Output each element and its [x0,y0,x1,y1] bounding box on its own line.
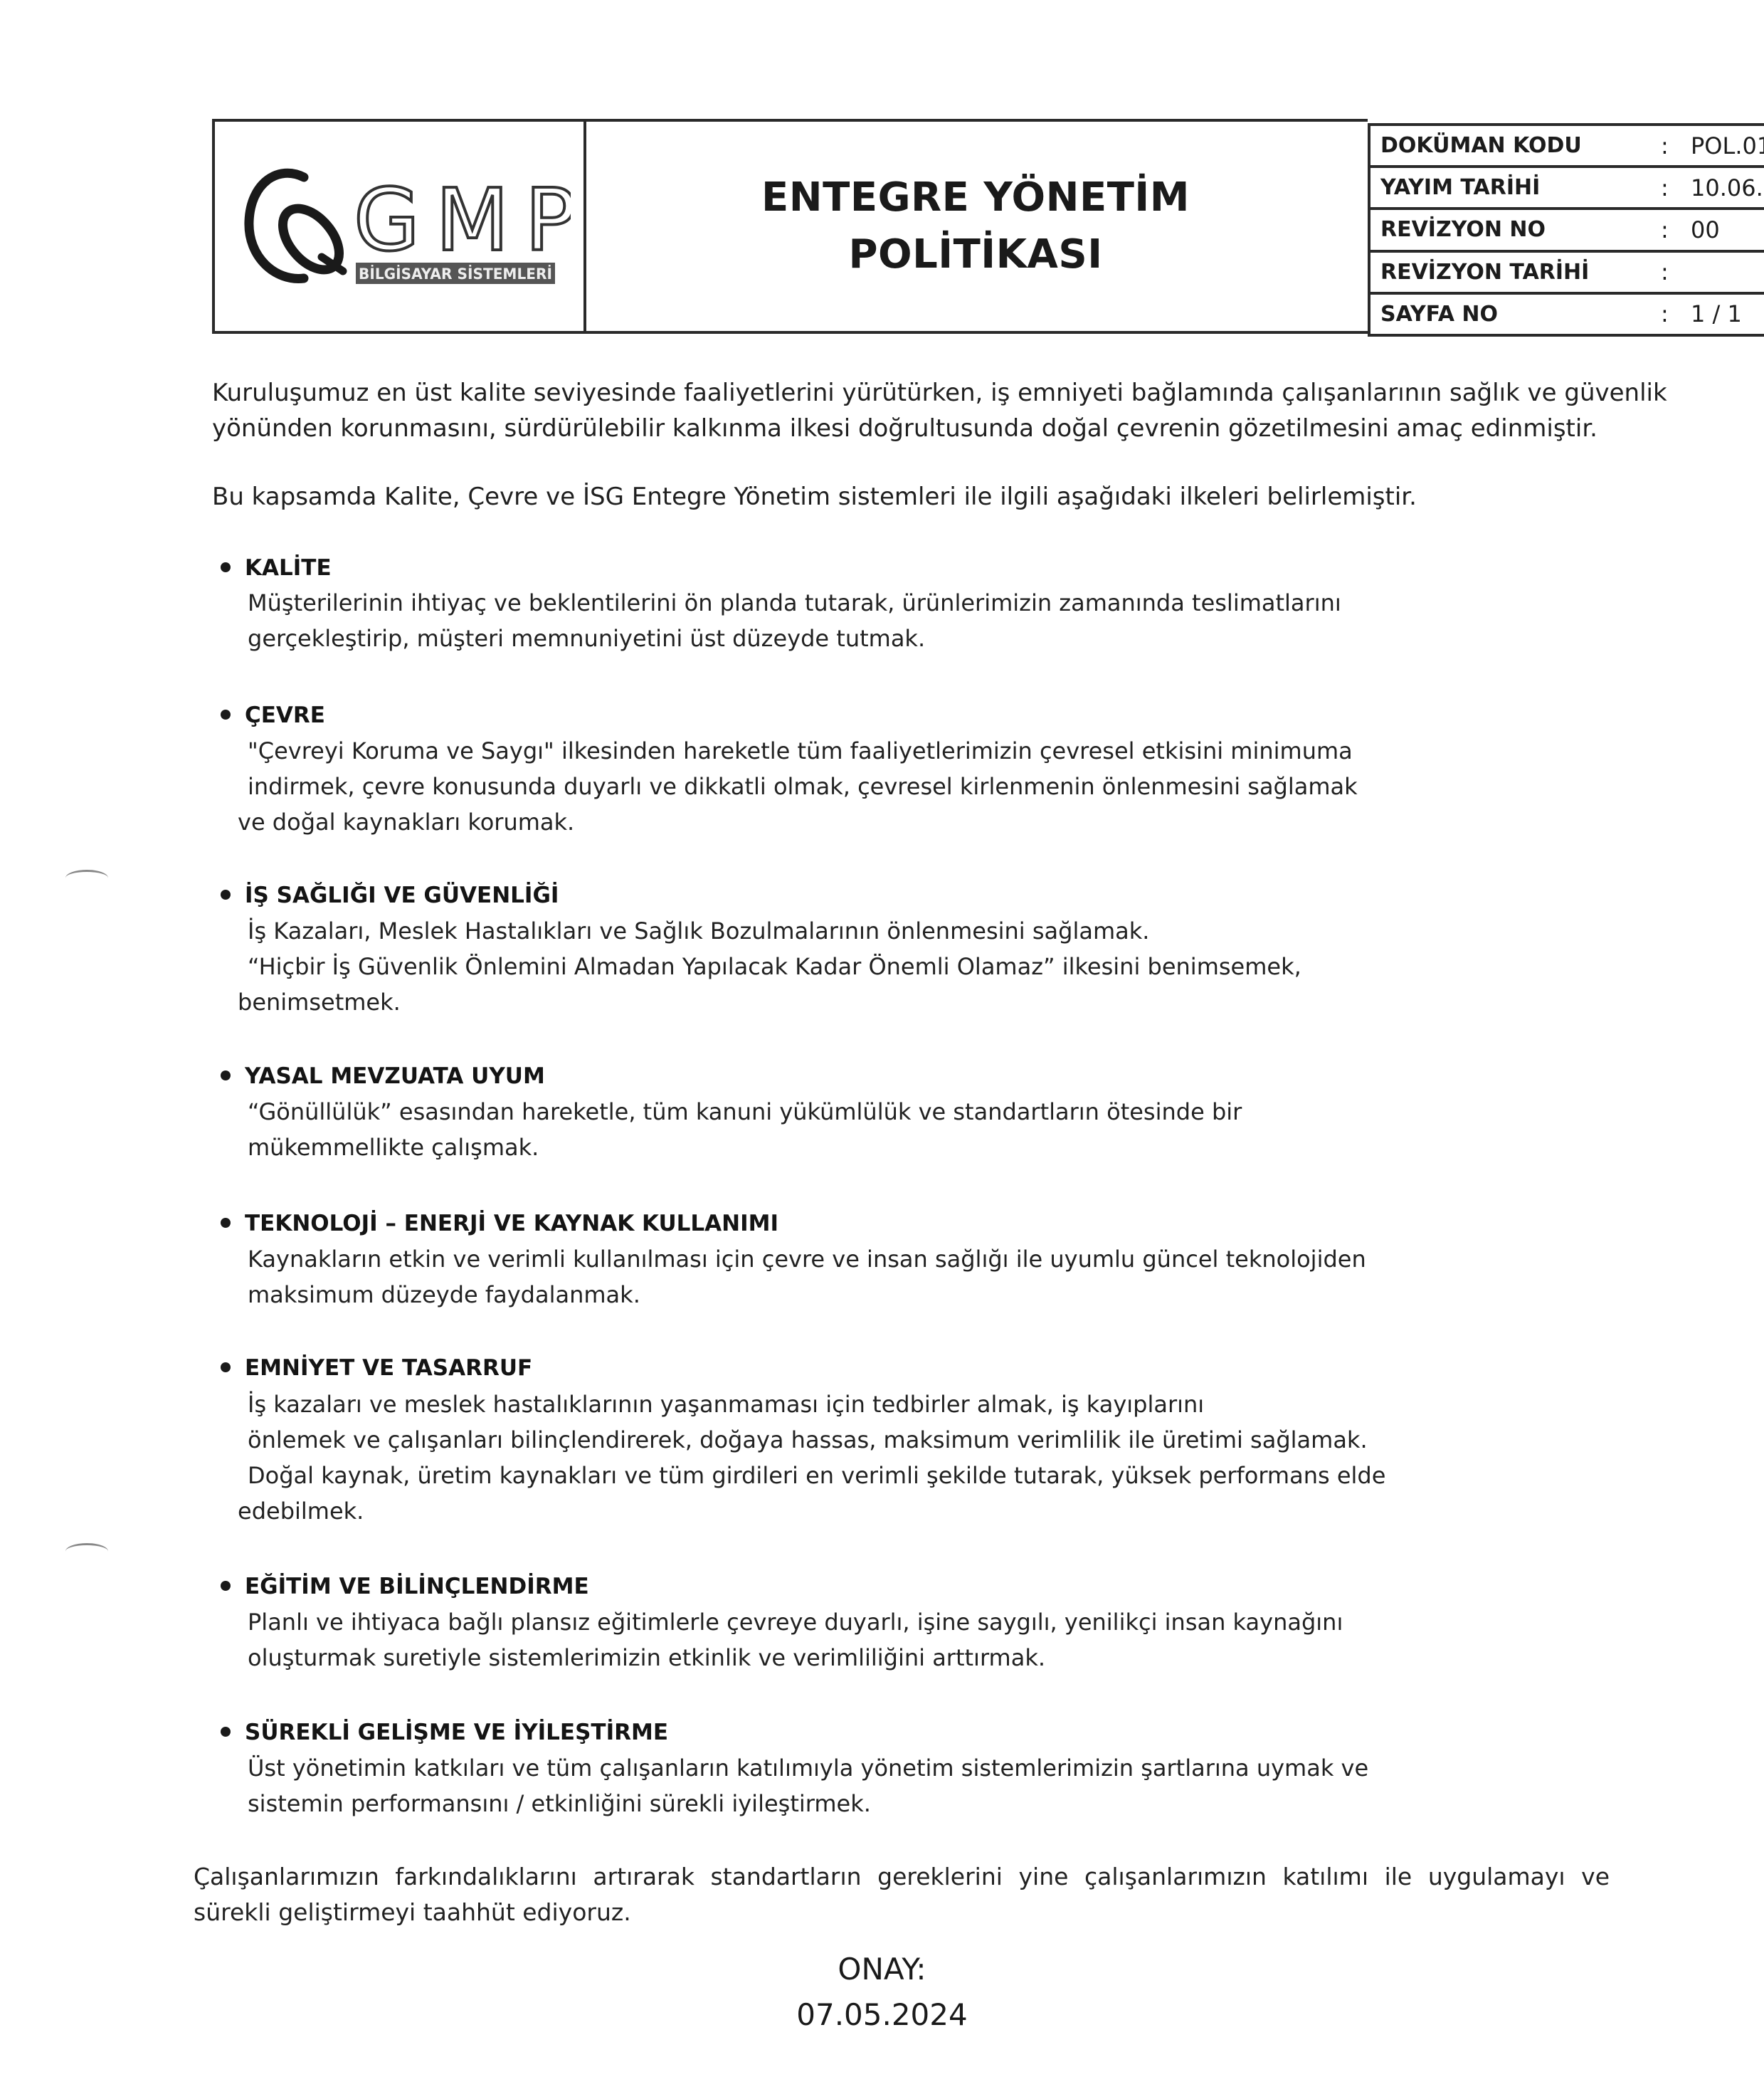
bullet-icon [221,1362,231,1372]
title-line-2: POLİTİKASI [761,226,1190,283]
document-header: GMP BİLGİSAYAR SİSTEMLERİ ENTEGRE YÖNETİ… [212,119,1590,334]
bullet-icon [221,1218,231,1228]
bullet-icon [221,890,231,900]
bullet-icon [221,1727,231,1737]
closing-statement: Çalışanlarımızın farkındalıklarını artır… [194,1859,1610,1930]
meta-separator: : [1661,174,1691,201]
section-body-egitim: Planlı ve ihtiyaca bağlı plansız eğitiml… [248,1604,1343,1675]
meta-value: 00 [1691,216,1720,243]
meta-row: REVİZYON TARİHİ : [1369,251,1764,293]
section-body-teknoloji: Kaynakların etkin ve verimli kullanılmas… [248,1241,1366,1312]
intro-line-1: Kuruluşumuz en üst kalite seviyesinde fa… [212,376,1667,410]
title-line-1: ENTEGRE YÖNETİM [761,169,1190,226]
gmp-logo-icon: GMP BİLGİSAYAR SİSTEMLERİ [236,157,571,300]
section-body-isg: İş Kazaları, Meslek Hastalıkları ve Sağl… [248,913,1301,1020]
meta-row: REVİZYON NO :00 [1369,209,1764,251]
section-body-cevre: "Çevreyi Koruma ve Saygı" ilkesinden har… [248,733,1358,840]
bullet-icon [221,710,231,720]
closing-line-1: Çalışanlarımızın farkındalıklarını artır… [194,1859,1610,1895]
approval-date: 07.05.2024 [0,1997,1764,2032]
section-title-cevre: ÇEVRE [221,700,325,731]
meta-label: REVİZYON TARİHİ [1369,251,1651,293]
section-title-yasal-mevzuat: YASAL MEVZUATA UYUM [221,1061,545,1092]
section-title-egitim: EĞİTİM VE BİLİNÇLENDİRME [221,1571,589,1602]
document-page: GMP BİLGİSAYAR SİSTEMLERİ ENTEGRE YÖNETİ… [0,0,1764,2099]
meta-label: DOKÜMAN KODU [1369,125,1651,167]
logo-cell: GMP BİLGİSAYAR SİSTEMLERİ [212,119,586,334]
intro-line-2: yönünden korunmasını, sürdürülebilir kal… [212,411,1597,446]
section-body-yasal-mevzuat: “Gönüllülük” esasından hareketle, tüm ka… [248,1094,1242,1165]
bullet-icon [221,1070,231,1080]
meta-row: SAYFA NO :1 / 1 [1369,293,1764,335]
meta-label: REVİZYON NO [1369,209,1651,251]
closing-line-2: sürekli geliştirmeyi taahhüt ediyoruz. [194,1895,1610,1930]
section-title-teknoloji: TEKNOLOJİ – ENERJİ VE KAYNAK KULLANIMI [221,1208,778,1239]
logo-letters: GMP [354,172,571,270]
meta-separator: : [1661,258,1691,285]
meta-value: POL.01 [1691,132,1764,159]
meta-label: SAYFA NO [1369,293,1651,335]
section-title-kalite: KALİTE [221,552,332,584]
approval-label: ONAY: [0,1952,1764,1987]
logo-subtitle: BİLGİSAYAR SİSTEMLERİ [359,265,552,283]
bullet-icon [221,1581,231,1591]
section-body-surekli-gelisme: Üst yönetimin katkıları ve tüm çalışanla… [248,1750,1368,1821]
intro-line-3: Bu kapsamda Kalite, Çevre ve İSG Entegre… [212,480,1417,514]
document-meta-table: DOKÜMAN KODU :POL.01 YAYIM TARİHİ :10.06… [1368,123,1764,337]
meta-separator: : [1661,216,1691,243]
meta-separator: : [1661,132,1691,159]
section-body-emniyet: İş kazaları ve meslek hastalıklarının ya… [248,1387,1385,1529]
meta-label: YAYIM TARİHİ [1369,167,1651,209]
meta-separator: : [1661,300,1691,327]
scan-mark [65,870,108,886]
document-title: ENTEGRE YÖNETİM POLİTİKASI [761,169,1190,283]
meta-row: DOKÜMAN KODU :POL.01 [1369,125,1764,167]
section-title-isg: İŞ SAĞLIĞI VE GÜVENLİĞİ [221,880,559,911]
section-title-surekli-gelisme: SÜREKLİ GELİŞME VE İYİLEŞTİRME [221,1717,668,1748]
section-title-emniyet: EMNİYET VE TASARRUF [221,1352,532,1384]
bullet-icon [221,562,231,572]
meta-value: 10.06.2023 [1691,174,1764,201]
meta-row: YAYIM TARİHİ :10.06.2023 [1369,167,1764,209]
document-title-cell: ENTEGRE YÖNETİM POLİTİKASI [583,119,1368,334]
meta-value: 1 / 1 [1691,300,1742,327]
section-body-kalite: Müşterilerinin ihtiyaç ve beklentilerini… [248,585,1341,656]
scan-mark [65,1543,108,1559]
